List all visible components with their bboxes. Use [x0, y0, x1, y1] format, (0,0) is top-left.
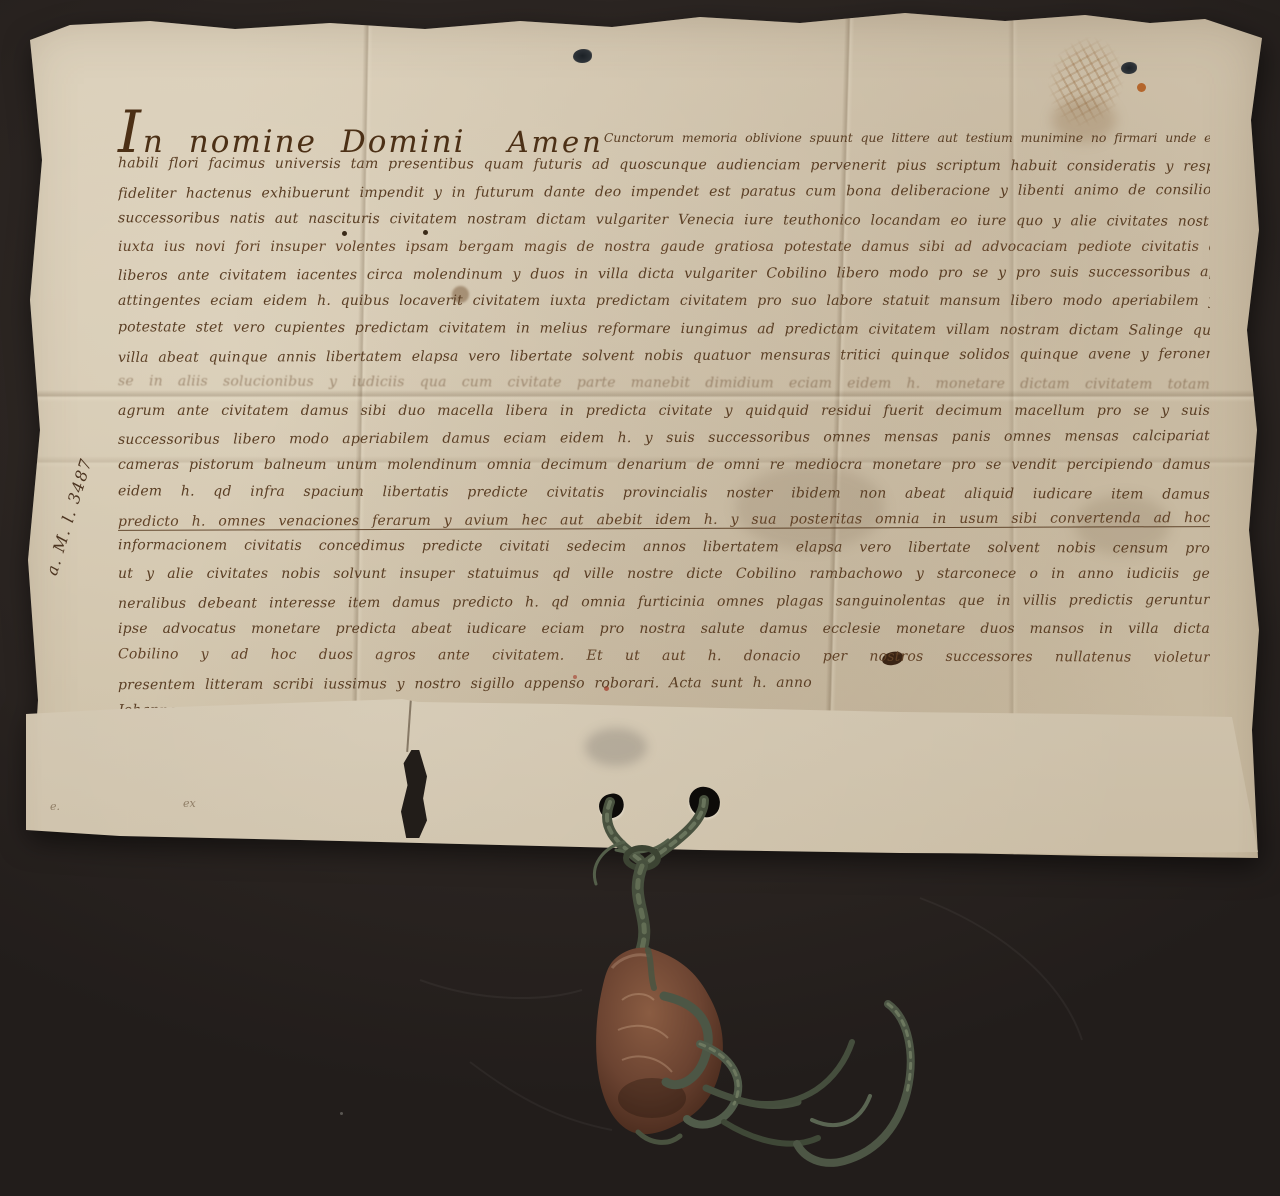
ink-blot [573, 49, 592, 63]
seal-cord-hole-right [687, 785, 722, 819]
manuscript-line: eidem h. qd infra spacium libertatis pre… [118, 478, 1210, 509]
manuscript-line: liberos ante civitatem iacentes circa mo… [118, 259, 1210, 290]
manuscript-line: agrum ante civitatem damus sibi duo mace… [118, 398, 1210, 425]
plica-notation: e. [50, 800, 60, 813]
manuscript-line: presentem litteram scribi iussimus y nos… [118, 669, 820, 699]
manuscript-line: potestate stet vero cupientes predictam … [118, 314, 1210, 345]
manuscript-line: ut y alie civitates nobis solvunt insupe… [118, 561, 1210, 588]
parchment-tear [401, 750, 427, 838]
wax-droplet [1137, 83, 1146, 92]
manuscript-line: attingentes eciam eidem h. quibus locave… [118, 288, 1210, 315]
archival-shelfmark: a. M. l. 3487 [42, 456, 96, 578]
manuscript-line: ipse advocatus monetare predicta abeat i… [118, 616, 1210, 643]
manuscript-line: habili flori facimus universis tam prese… [118, 150, 1210, 181]
manuscript-line: In nomine DominiAmen Cunctorum memoria o… [118, 98, 1210, 152]
seal-cord-hole-left [596, 791, 626, 820]
parchment-charter: In nomine DominiAmen Cunctorum memoria o… [0, 0, 1280, 1196]
manuscript-line: villa abeat quinque annis libertatem ela… [118, 341, 1210, 372]
manuscript-line: se in aliis solucionibus y iudiciis qua … [118, 369, 1210, 400]
manuscript-line: fideliter hactenus exhibuerunt impendit … [118, 177, 1210, 208]
plica-notation: ex [183, 797, 196, 810]
manuscript-line: Cobilino y ad hoc duos agros ante civita… [118, 642, 1210, 673]
photograph-background: In nomine DominiAmen Cunctorum memoria o… [0, 0, 1280, 1196]
manuscript-line: successoribus libero modo aperiabilem da… [118, 423, 1210, 454]
manuscript-line: informacionem civitatis concedimus predi… [118, 532, 1210, 563]
parchment-crack [406, 700, 412, 752]
ink-blot [1121, 62, 1137, 74]
manuscript-line-continuation: Cunctorum memoria oblivione spuunt que l… [604, 130, 1210, 152]
manuscript-line: cameras pistorum balneum unum molendinum… [118, 452, 1210, 479]
manuscript-line: neralibus debeant interesse item damus p… [118, 587, 1210, 618]
manuscript-line: predicto h. omnes venaciones ferarum y a… [118, 505, 1210, 536]
charter-text: In nomine DominiAmen Cunctorum memoria o… [118, 98, 1210, 725]
parchment-sheet: In nomine DominiAmen Cunctorum memoria o… [0, 0, 1280, 1196]
manuscript-line: iuxta ius novi fori insuper volentes ips… [118, 234, 1210, 261]
smudge [585, 728, 647, 766]
manuscript-line: successoribus natis aut nascituris civit… [118, 205, 1210, 236]
